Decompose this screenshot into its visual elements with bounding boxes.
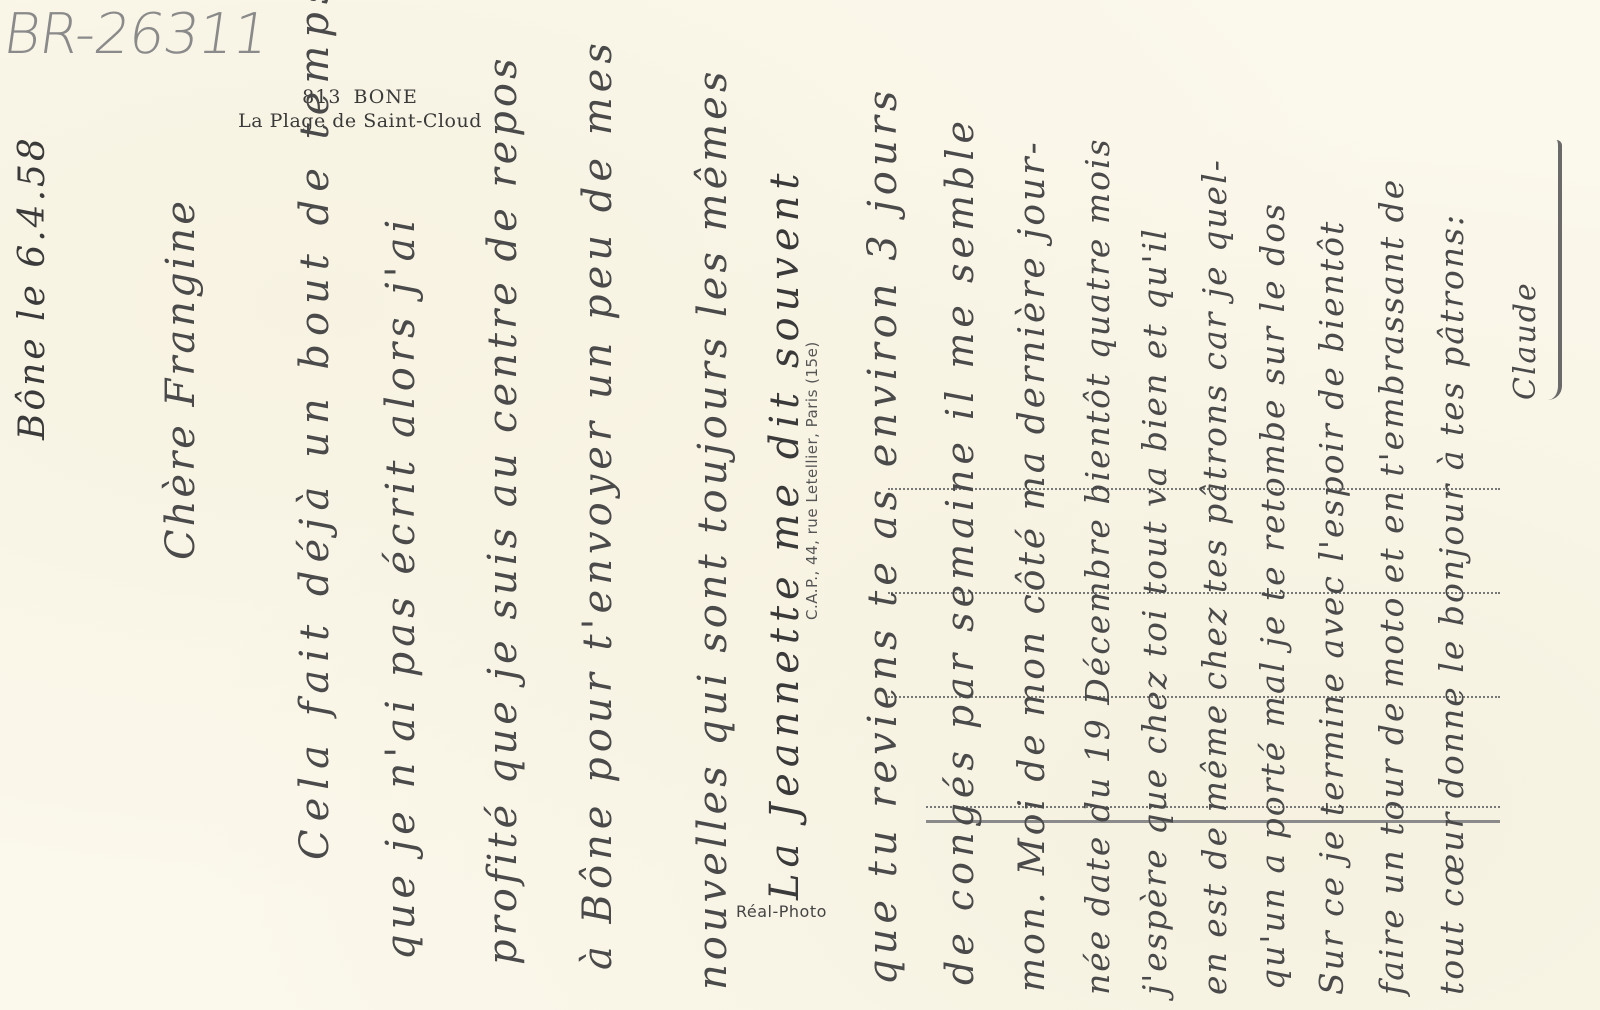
handwritten-signature: Claude	[1508, 281, 1543, 400]
handwritten-line: nouvelles qui sont toujours les mêmes	[690, 68, 736, 990]
postcard-back: BR-26311 813BONE La Plage de Saint-Cloud…	[0, 0, 1600, 1010]
handwritten-line: en est de même chez tes pâtrons car je q…	[1195, 158, 1234, 995]
handwritten-line: que tu reviens te as environ 3 jours	[860, 86, 906, 985]
caption-title: BONE	[353, 86, 417, 108]
handwritten-dateline: Bône le 6.4.58	[12, 135, 53, 440]
handwritten-line: tout cœur donne le bonjour à tes pâtrons…	[1432, 213, 1471, 995]
handwritten-line: j'espère que chez toi tout va bien et qu…	[1135, 227, 1174, 995]
handwritten-line: mon. Moi de mon côté ma dernière jour-	[1012, 139, 1053, 992]
signature-flourish	[1548, 140, 1562, 400]
handwritten-line: Sur ce je termine avec l'espoir de bient…	[1312, 220, 1351, 995]
photo-credit: Réal-Photo	[736, 902, 827, 921]
handwritten-line: que je n'ai pas écrit alors j'ai	[378, 215, 424, 960]
handwritten-line: à Bône pour t'envoyer un peu de mes	[575, 38, 621, 970]
handwritten-line: qu'un a porté mal je te retombe sur le d…	[1253, 202, 1292, 990]
handwritten-line: de congés par semaine il me semble	[938, 116, 982, 985]
handwritten-line: Cela fait déjà un bout de temps	[292, 0, 338, 860]
handwritten-line: faire un tour de moto et en t'embrassant…	[1372, 178, 1411, 995]
handwritten-line: née date du 19 Décembre bientôt quatre m…	[1078, 137, 1117, 995]
handwritten-line: profité que je suis au centre de repos	[480, 55, 526, 965]
archive-id: BR-26311	[0, 2, 272, 67]
handwritten-line: La Jeannette me dit souvent	[762, 168, 808, 900]
handwritten-greeting: Chère Frangine	[158, 198, 204, 560]
